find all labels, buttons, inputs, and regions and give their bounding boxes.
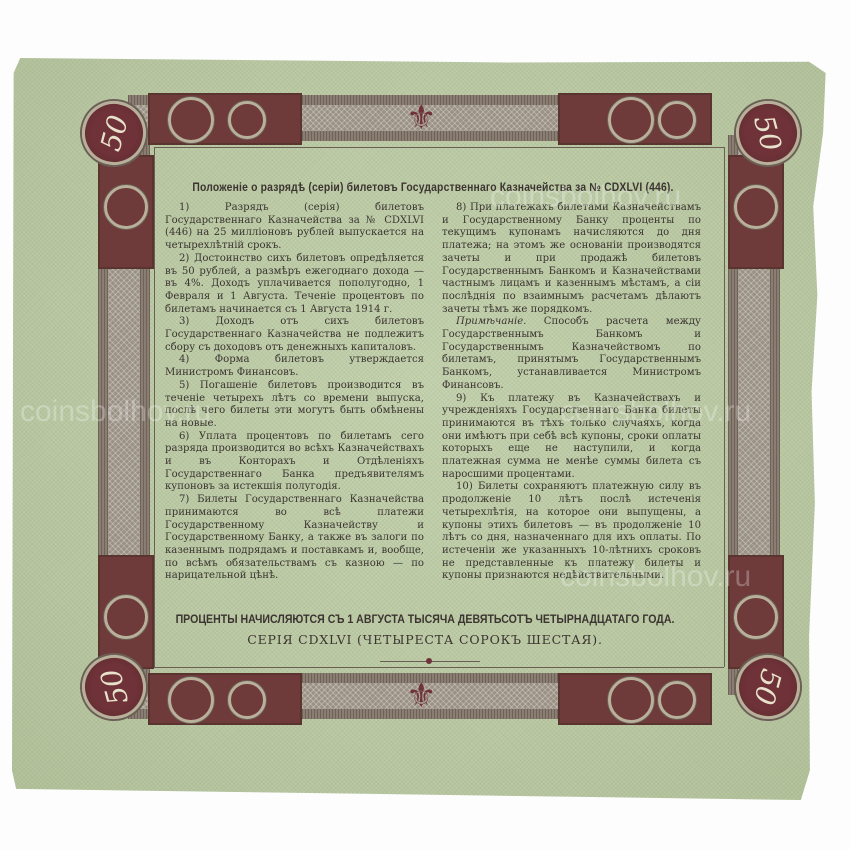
clause-1: 1) Разрядъ (серія) билетовъ Государствен… [165, 202, 424, 253]
clause-8: 8) При платежахъ билетами Казначействамъ… [442, 202, 701, 316]
note-text: Способъ расчета между Государственнымъ Б… [442, 316, 701, 391]
clause-10: 10) Билеты сохраняютъ платежную силу въ … [442, 481, 701, 583]
divider-dot-icon [426, 658, 432, 664]
regulations-text-block: Положеніе о разрядѣ (серіи) билетовъ Гос… [165, 182, 701, 583]
scroll-ornament [608, 677, 654, 723]
monogram-icon: ⚜ [406, 670, 432, 722]
watermark: coinsbolhov.ru [270, 795, 461, 829]
fleur-de-lis-icon: ⚜ [406, 92, 432, 144]
note: Примѣчаніе. Способъ расчета между Госуда… [442, 316, 701, 392]
right-column: 8) При платежахъ билетами Казначействамъ… [442, 202, 701, 583]
scroll-ornament [168, 97, 214, 143]
scroll-ornament [228, 101, 266, 139]
denomination-numeral: 50 [747, 112, 788, 155]
scroll-ornament [658, 681, 696, 719]
scroll-ornament [104, 185, 148, 229]
frame-inner-line [154, 147, 724, 148]
clause-9: 9) Къ платежу въ Казначействахъ и учрежд… [442, 393, 701, 482]
clause-6: 6) Уплата процентовъ по билетамъ сего ра… [165, 431, 424, 495]
scroll-ornament [734, 185, 778, 229]
frame-inner-line [724, 147, 725, 667]
scroll-ornament [228, 681, 266, 719]
scroll-ornament [608, 97, 654, 143]
interest-accrual-line: ПРОЦЕНТЫ НАЧИСЛЯЮТСЯ СЪ 1 АВГУСТА ТЫСЯЧА… [163, 614, 687, 626]
scroll-ornament [658, 101, 696, 139]
left-column: 1) Разрядъ (серія) билетовъ Государствен… [165, 202, 424, 583]
clause-5: 5) Погашеніе билетовъ производится въ те… [165, 380, 424, 431]
clause-4: 4) Форма билетовъ утверждается Министром… [165, 354, 424, 379]
note-label: Примѣчаніе. [456, 316, 526, 327]
scroll-ornament [168, 677, 214, 723]
clause-3: 3) Доходъ отъ сихъ билетовъ Государствен… [165, 316, 424, 354]
scroll-ornament [734, 595, 778, 639]
frame-inner-line [154, 667, 724, 668]
regulations-heading: Положеніе о разрядѣ (серіи) билетовъ Гос… [192, 182, 674, 194]
denomination-numeral: 50 [93, 666, 134, 709]
frame-inner-line [154, 147, 155, 667]
clause-2: 2) Достоинство сихъ билетовъ опредѣляетс… [165, 253, 424, 317]
denomination-numeral: 50 [747, 666, 788, 709]
denomination-numeral: 50 [93, 112, 134, 155]
series-line: СЕРІЯ CDXLVI (ЧЕТЫРЕСТА СОРОКЪ ШЕСТАЯ). [140, 632, 710, 647]
clause-7: 7) Билеты Государственнаго Казначейства … [165, 494, 424, 583]
